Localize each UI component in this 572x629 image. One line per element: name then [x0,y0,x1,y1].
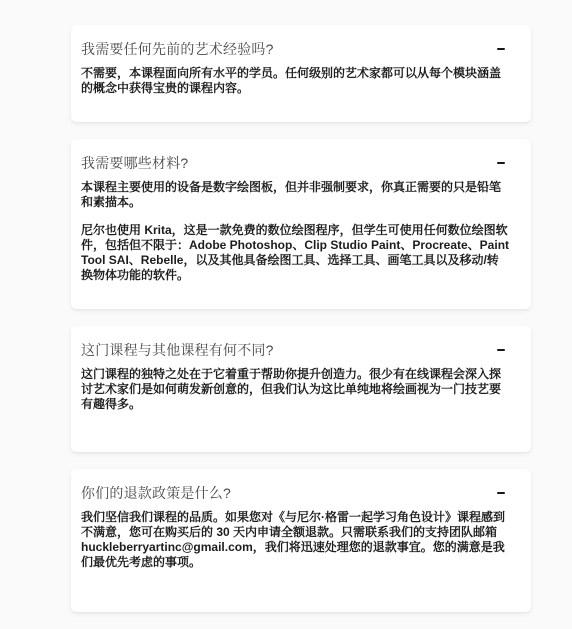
faq-card: 这门课程与其他课程有何不同? 这门课程的独特之处在于它着重于帮助你提升创造力。很… [71,326,531,452]
faq-question-text: 我需要哪些材料? [81,153,188,173]
minus-icon[interactable] [492,153,510,173]
minus-icon-bar [497,162,505,165]
faq-question-text: 你们的退款政策是什么? [81,483,231,503]
faq-card: 我需要哪些材料? 本课程主要使用的设备是数字绘图板，但并非强制要求，你真正需要的… [71,139,531,309]
minus-icon[interactable] [492,39,510,59]
faq-question-header[interactable]: 你们的退款政策是什么? [81,483,510,503]
answer-paragraph: 我们坚信我们课程的品质。如果您对《与尼尔·格雷一起学习角色设计》课程感到不满意，… [81,510,510,570]
minus-icon-bar [497,492,505,495]
faq-answer: 我们坚信我们课程的品质。如果您对《与尼尔·格雷一起学习角色设计》课程感到不满意，… [81,510,510,570]
faq-answer: 不需要，本课程面向所有水平的学员。任何级别的艺术家都可以从每个模块涵盖的概念中获… [81,66,510,96]
answer-paragraph: 尼尔也使用 Krita，这是一款免费的数位绘图程序，但学生可使用任何数位绘图软件… [81,223,510,283]
faq-answer: 这门课程的独特之处在于它着重于帮助你提升创造力。很少有在线课程会深入探讨艺术家们… [81,367,510,412]
faq-card: 我需要任何先前的艺术经验吗? 不需要，本课程面向所有水平的学员。任何级别的艺术家… [71,25,531,122]
faq-question-header[interactable]: 这门课程与其他课程有何不同? [81,340,510,360]
faq-card: 你们的退款政策是什么? 我们坚信我们课程的品质。如果您对《与尼尔·格雷一起学习角… [71,469,531,600]
answer-paragraph: 本课程主要使用的设备是数字绘图板，但并非强制要求，你真正需要的只是铅笔和素描本。 [81,180,510,210]
faq-question-text: 这门课程与其他课程有何不同? [81,340,274,360]
faq-answer: 本课程主要使用的设备是数字绘图板，但并非强制要求，你真正需要的只是铅笔和素描本。… [81,180,510,283]
minus-icon[interactable] [492,340,510,360]
answer-paragraph: 这门课程的独特之处在于它着重于帮助你提升创造力。很少有在线课程会深入探讨艺术家们… [81,367,510,412]
minus-icon-bar [497,349,505,352]
minus-icon-bar [497,48,505,51]
answer-paragraph: 不需要，本课程面向所有水平的学员。任何级别的艺术家都可以从每个模块涵盖的概念中获… [81,66,510,96]
faq-question-header[interactable]: 我需要任何先前的艺术经验吗? [81,39,510,59]
faq-list: 我需要任何先前的艺术经验吗? 不需要，本课程面向所有水平的学员。任何级别的艺术家… [71,25,531,600]
faq-question-header[interactable]: 我需要哪些材料? [81,153,510,173]
faq-question-text: 我需要任何先前的艺术经验吗? [81,39,274,59]
minus-icon[interactable] [492,483,510,503]
